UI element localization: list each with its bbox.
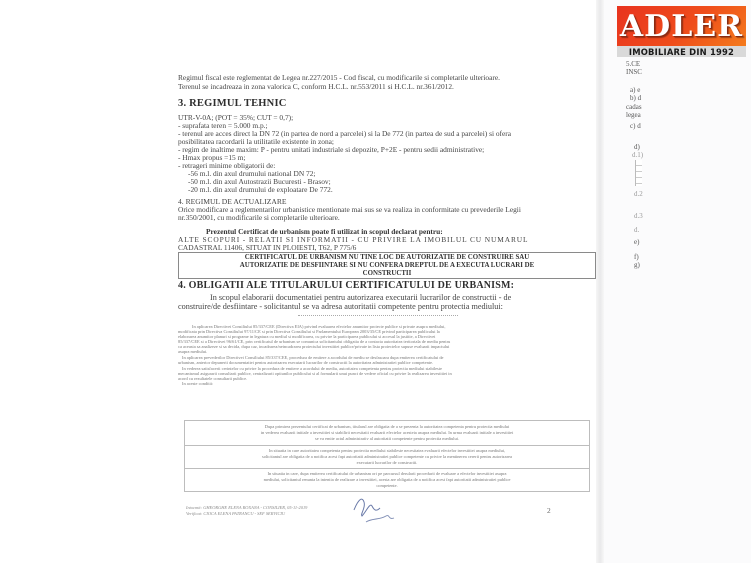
warning-line: CONSTRUCTII (179, 270, 595, 278)
adjacent-page-text: d.1) (632, 151, 643, 159)
logo-brand-text: ADLER (620, 9, 743, 44)
warning-box: CERTIFICATUL DE URBANISM NU TINE LOC DE … (178, 252, 596, 279)
drafted-by: Intocmit: GHEORGHE ELENA ROXANA - CONSIL… (186, 505, 307, 510)
adjacent-page-text: d. (634, 226, 639, 234)
adjacent-page: 5.CE INSC a) e b) d cadas legea c) d d) … (604, 0, 751, 563)
warning-line: CERTIFICATUL DE URBANISM NU TINE LOC DE … (179, 254, 595, 262)
condition-line: In situatia in care, dupa emiterea certi… (185, 471, 589, 476)
scanned-page: Regimul fiscal este reglementat de Legea… (0, 0, 751, 563)
condition-box: Dupa primirea prezentului certificat de … (184, 420, 590, 446)
adjacent-page-text: INSC (626, 68, 642, 76)
fine-print-line: ca aceasta sa analizeze si sa decida, du… (178, 344, 449, 349)
condition-box: In situatia in care autoritatea competen… (184, 445, 590, 469)
fine-print-line: In aceste conditii: (182, 381, 213, 386)
adjacent-page-text: 5.CE (626, 60, 640, 68)
technical-line: -20 m.l. din axul drumului de exploatare… (188, 186, 333, 194)
condition-line: solicitantul are obligatia de a notifica… (185, 454, 589, 459)
warning-line: AUTORIZATIE DE DESFIINTARE SI NU CONFERA… (179, 262, 595, 270)
value-zone-line: Terenul se incadreaza in zona valorica C… (178, 83, 454, 91)
fine-print-line: urbanism, anterior depunerii documentati… (178, 360, 433, 365)
condition-line: executarii lucrarilor de constructii. (185, 460, 589, 465)
page-fold (596, 0, 604, 563)
condition-line: In situatia in care autoritatea competen… (185, 448, 589, 453)
page-number: 2 (547, 507, 551, 515)
adjacent-page-text: f) (634, 253, 639, 261)
adjacent-page-text: g) (634, 261, 640, 269)
adjacent-page-text: c) d (630, 122, 641, 130)
adjacent-page-text: e) (634, 238, 639, 246)
adler-logo: ADLER IMOBILIARE DIN 1992 (617, 6, 746, 58)
adjacent-page-text: d.2 (634, 190, 643, 198)
section-3-title: 3. REGIMUL TEHNIC (178, 98, 287, 109)
adjacent-page-text: d) (634, 143, 640, 151)
condition-line: competente. (185, 483, 589, 488)
adjacent-page-text: d.3 (634, 212, 643, 220)
logo-brand-block: ADLER (617, 6, 746, 46)
update-line: nr.350/2001, cu modificarile si completa… (178, 214, 340, 222)
condition-box: In situatia in care, dupa emiterea certi… (184, 468, 590, 492)
urbanism-certificate-page: Regimul fiscal este reglementat de Legea… (178, 0, 598, 563)
verified-by: Verificat: CIOCA ELENA PATRANCU - SEF SE… (186, 511, 285, 516)
adjacent-page-text: a) e (630, 86, 640, 94)
condition-line: in vederea evaluarii initiale a investit… (185, 430, 589, 435)
adjacent-page-text: cadas (626, 103, 642, 111)
checkbox-column-icon (635, 160, 642, 186)
adjacent-page-text: b) d (630, 94, 641, 102)
fine-print-line: asupra mediului. (178, 349, 207, 354)
adjacent-page-text: legea (626, 111, 641, 119)
section-4-obligations-title: 4. OBLIGATII ALE TITULARULUI CERTIFICATU… (178, 280, 514, 291)
signature-icon (348, 492, 408, 528)
condition-line: mediului, solicitantul renunta la intent… (185, 477, 589, 482)
separator-line (298, 315, 458, 316)
obligations-line: construire/de desfiintare - solicitantul… (178, 303, 503, 311)
logo-tagline: IMOBILIARE DIN 1992 (629, 47, 734, 57)
condition-line: Dupa primirea prezentului certificat de … (185, 424, 589, 429)
logo-tagline-bar: IMOBILIARE DIN 1992 (617, 46, 746, 57)
condition-line: se va emite actul administrativ al autor… (185, 436, 589, 441)
